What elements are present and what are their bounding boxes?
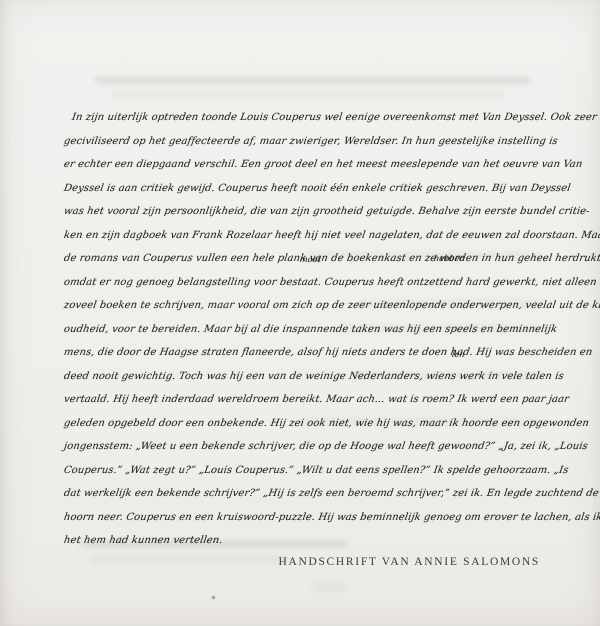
handwriting-line: zoveel boeken te schrijven, maar vooral … <box>62 294 554 318</box>
handwriting-line: mens, die door de Haagse straten flaneer… <box>62 341 554 365</box>
handwriting-line: ken en zijn dagboek van Frank Rozelaar h… <box>62 224 554 248</box>
handwriting-line: was het vooral zijn persoonlijkheid, die… <box>62 200 554 224</box>
handwriting-insertion: moet <box>299 254 322 264</box>
handwriting-insertion: len <box>451 349 466 359</box>
handwriting-line: vertaald. Hij heeft inderdaad wereldroem… <box>62 388 554 412</box>
handwriting-insertion: hebben <box>433 253 465 263</box>
handwriting-line: dat werkelijk een bekende schrijver?” „H… <box>62 482 554 506</box>
caption: HANDSCHRIFT VAN ANNIE SALOMONS <box>0 556 540 568</box>
handwriting-line: hoorn neer. Couperus en een kruiswoord-p… <box>62 506 554 530</box>
handwriting-line: het hem had kunnen vertellen. <box>62 529 554 553</box>
handwriting-line: er echter een diepgaand verschil. Een gr… <box>62 153 554 177</box>
handwriting-line: oudheid, voor te bereiden. Maar bij al d… <box>62 318 554 342</box>
handwriting-line: Deyssel is aan critiek gewijd. Couperus … <box>62 177 554 201</box>
handwriting-line: In zijn uiterlijk optreden toonde Louis … <box>62 106 554 130</box>
handwriting-line: geciviliseerd op het geaffecteerde af, m… <box>62 130 554 154</box>
handwriting-line: deed nooit gewichtig. Toch was hij een v… <box>62 365 554 389</box>
handwriting-line: geleden opgebeld door een onbekende. Hij… <box>62 412 554 436</box>
handwriting-line: jongensstem: „Weet u een bekende schrijv… <box>62 435 554 459</box>
bleed-through-page-number <box>312 583 346 591</box>
bleed-through-mark <box>112 91 504 98</box>
scan-speck <box>212 596 215 599</box>
bleed-through-mark <box>95 76 530 85</box>
scanned-page: In zijn uiterlijk optreden toonde Louis … <box>0 0 600 626</box>
handwriting-line: Couperus.” „Wat zegt u?” „Louis Couperus… <box>62 459 554 483</box>
handwriting-line: omdat er nog genoeg belangstelling voor … <box>62 271 554 295</box>
manuscript-text: In zijn uiterlijk optreden toonde Louis … <box>62 106 550 553</box>
